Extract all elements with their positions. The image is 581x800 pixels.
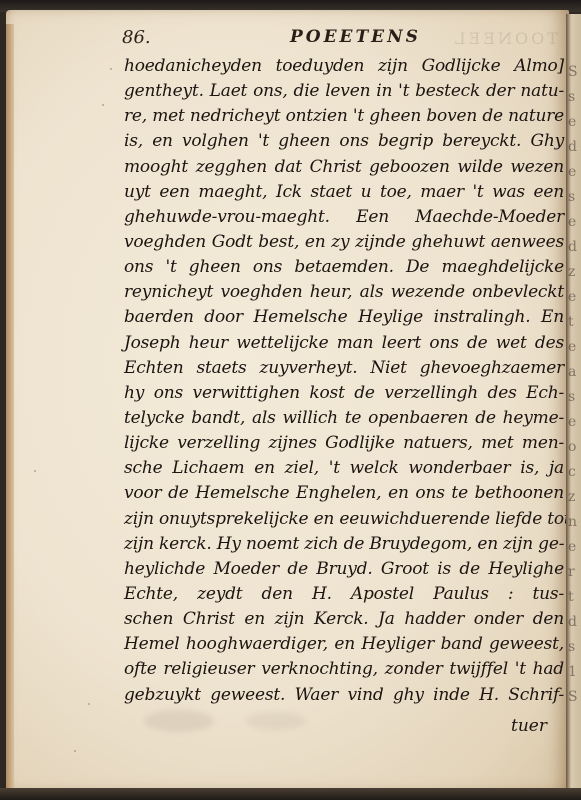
text-line: uyt een maeght, Ick staet u toe, maer 't… (124, 180, 564, 205)
text-line: Echte, zeydt den H. Apostel Paulus : tus… (124, 582, 564, 607)
body-text: hoedanicheyden toeduyden zijn Godlijcke … (124, 54, 564, 708)
running-head: POEETENS (290, 27, 421, 47)
text-line: Echten staets zuyverheyt. Niet ghevoeghz… (124, 356, 564, 381)
text-line: sche Lichaem en ziel, 't welck wonderbae… (124, 456, 564, 481)
text-line: zijn kerck. Hy noemt zich de Bruydegom, … (124, 532, 564, 557)
next-page-edge: S s e d e s e d z e t e a s e o c z n e … (566, 14, 581, 790)
catchword: tuer (511, 716, 547, 736)
text-line: reynicheyt voeghden heur, als wezende on… (124, 280, 564, 305)
paper-speck (88, 703, 90, 705)
text-line: hy ons verwittighen kost de verzellingh … (124, 381, 564, 406)
text-line: Joseph heur wettelijcke man leert ons de… (124, 331, 564, 356)
text-line: hoedanicheyden toeduyden zijn Godlijcke … (124, 54, 564, 79)
page-number: 86. (122, 27, 151, 48)
text-line: schen Christ en zijn Kerck. Ja hadder on… (124, 607, 564, 632)
text-line: re, met nedricheyt ontzien 't gheen bove… (124, 104, 564, 129)
text-line: gebzuykt geweest. Waer vind ghy inde H. … (124, 683, 564, 708)
paper-speck (102, 104, 104, 106)
text-line: ofte religieuser verknochting, zonder tw… (124, 657, 564, 682)
text-line: ons 't gheen ons betaemden. De maeghdeli… (124, 255, 564, 280)
text-line: baerden door Hemelsche Heylige instralin… (124, 305, 564, 330)
page-edge-left (6, 24, 14, 798)
ink-smudge (144, 710, 214, 732)
text-line: gentheyt. Laet ons, die leven in 't best… (124, 79, 564, 104)
book-binding-bottom (0, 788, 581, 800)
text-line: zijn onuytsprekelijcke en eeuwichduerend… (124, 507, 564, 532)
text-line: voeghden Godt best, en zy zijnde ghehuwt… (124, 230, 564, 255)
bleed-through-text: TOONEEL (452, 29, 558, 48)
paper-speck (34, 470, 36, 472)
text-line: Hemel hooghwaerdiger, en Heyliger band g… (124, 632, 564, 657)
text-line: heylichde Moeder de Bruyd. Groot is de H… (124, 557, 564, 582)
ink-smudge (246, 712, 306, 730)
text-line: voor de Hemelsche Enghelen, en ons te be… (124, 481, 564, 506)
next-page-ghost-text: S s e d e s e d z e t e a s e o c z n e … (568, 60, 580, 710)
paper-speck (74, 750, 76, 752)
text-line: is, en volghen 't gheen ons begrip berey… (124, 129, 564, 154)
paper-speck (110, 68, 112, 70)
text-line: mooght zegghen dat Christ geboozen wilde… (124, 155, 564, 180)
book-page: 86. TOONEEL POEETENS hoedanicheyden toed… (6, 10, 569, 790)
text-line: ghehuwde-vrou-maeght. Een Maechde-Moeder (124, 205, 564, 230)
text-line: telycke bandt, als willich te openbaeren… (124, 406, 564, 431)
text-line: lijcke verzelling zijnes Godlijke natuer… (124, 431, 564, 456)
book-scan: 86. TOONEEL POEETENS hoedanicheyden toed… (0, 0, 581, 800)
page-header: 86. TOONEEL POEETENS (122, 27, 562, 49)
